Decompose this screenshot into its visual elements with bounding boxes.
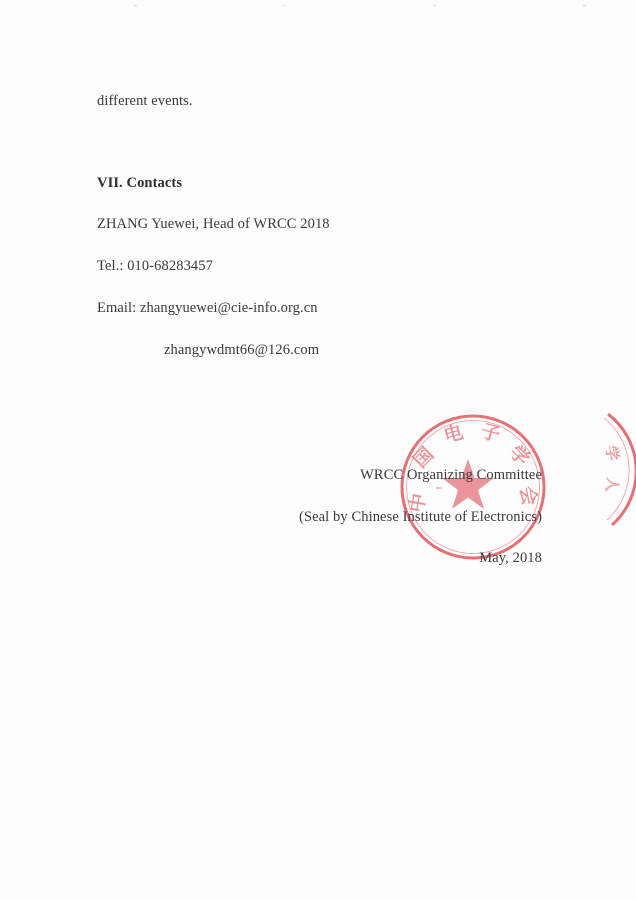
continuation-text: different events.	[97, 92, 193, 110]
signature-date: May, 2018	[479, 549, 542, 567]
document-page: 中 国 电 子 学 会 学 人 different events. VII. C…	[0, 0, 636, 900]
section-heading: VII. Contacts	[97, 174, 182, 192]
signature-seal-note: (Seal by Chinese Institute of Electronic…	[299, 508, 542, 526]
contact-name: ZHANG Yuewei, Head of WRCC 2018	[97, 215, 330, 233]
signature-organization: WRCC Organizing Committee	[360, 466, 542, 484]
contact-email: Email: zhangyuewei@cie-info.org.cn	[97, 299, 318, 317]
contact-tel: Tel.: 010-68283457	[97, 257, 213, 275]
contact-email-alt: zhangywdmt66@126.com	[164, 341, 319, 359]
